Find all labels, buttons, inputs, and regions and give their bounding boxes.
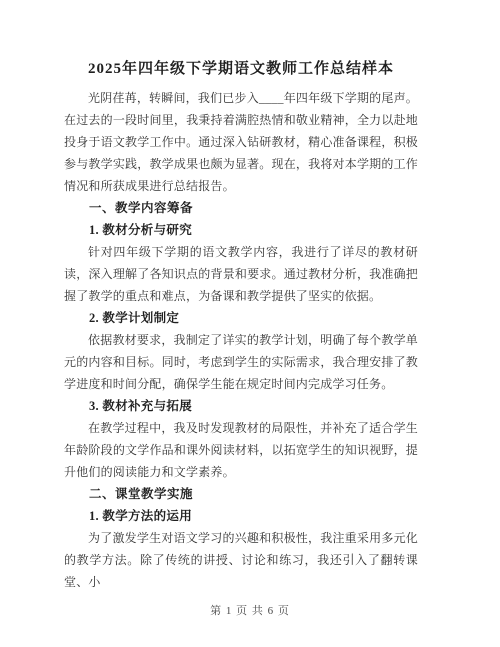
paragraph-2-1: 为了激发学生对语文学习的兴趣和积极性，我注重采用多元化的教学方法。除了传统的讲授… bbox=[64, 527, 418, 593]
intro-paragraph: 光阴荏苒，转瞬间，我们已步入____年四年级下学期的尾声。在过去的一段时间里，我… bbox=[64, 87, 418, 197]
document-title: 2025年四年级下学期语文教师工作总结样本 bbox=[64, 57, 418, 81]
section-heading-2: 二、课堂教学实施 bbox=[64, 483, 418, 505]
page-footer: 第 1 页 共 6 页 bbox=[0, 600, 500, 622]
paragraph-1-1: 针对四年级下学期的语文教学内容，我进行了详尽的教材研读，深入理解了各知识点的背景… bbox=[64, 241, 418, 307]
subheading-2-1: 1. 教学方法的运用 bbox=[64, 505, 418, 527]
subheading-1-1: 1. 教材分析与研究 bbox=[64, 219, 418, 241]
subheading-1-3: 3. 教材补充与拓展 bbox=[64, 395, 418, 417]
section-heading-1: 一、教学内容筹备 bbox=[64, 197, 418, 219]
page-number-label: 第 1 页 共 6 页 bbox=[210, 605, 290, 617]
subheading-1-2: 2. 教学计划制定 bbox=[64, 307, 418, 329]
document-page: 2025年四年级下学期语文教师工作总结样本 光阴荏苒，转瞬间，我们已步入____… bbox=[0, 0, 500, 647]
paragraph-1-3: 在教学过程中，我及时发现教材的局限性，并补充了适合学生年龄阶段的文学作品和课外阅… bbox=[64, 417, 418, 483]
paragraph-1-2: 依据教材要求，我制定了详实的教学计划，明确了每个教学单元的内容和目标。同时，考虑… bbox=[64, 329, 418, 395]
